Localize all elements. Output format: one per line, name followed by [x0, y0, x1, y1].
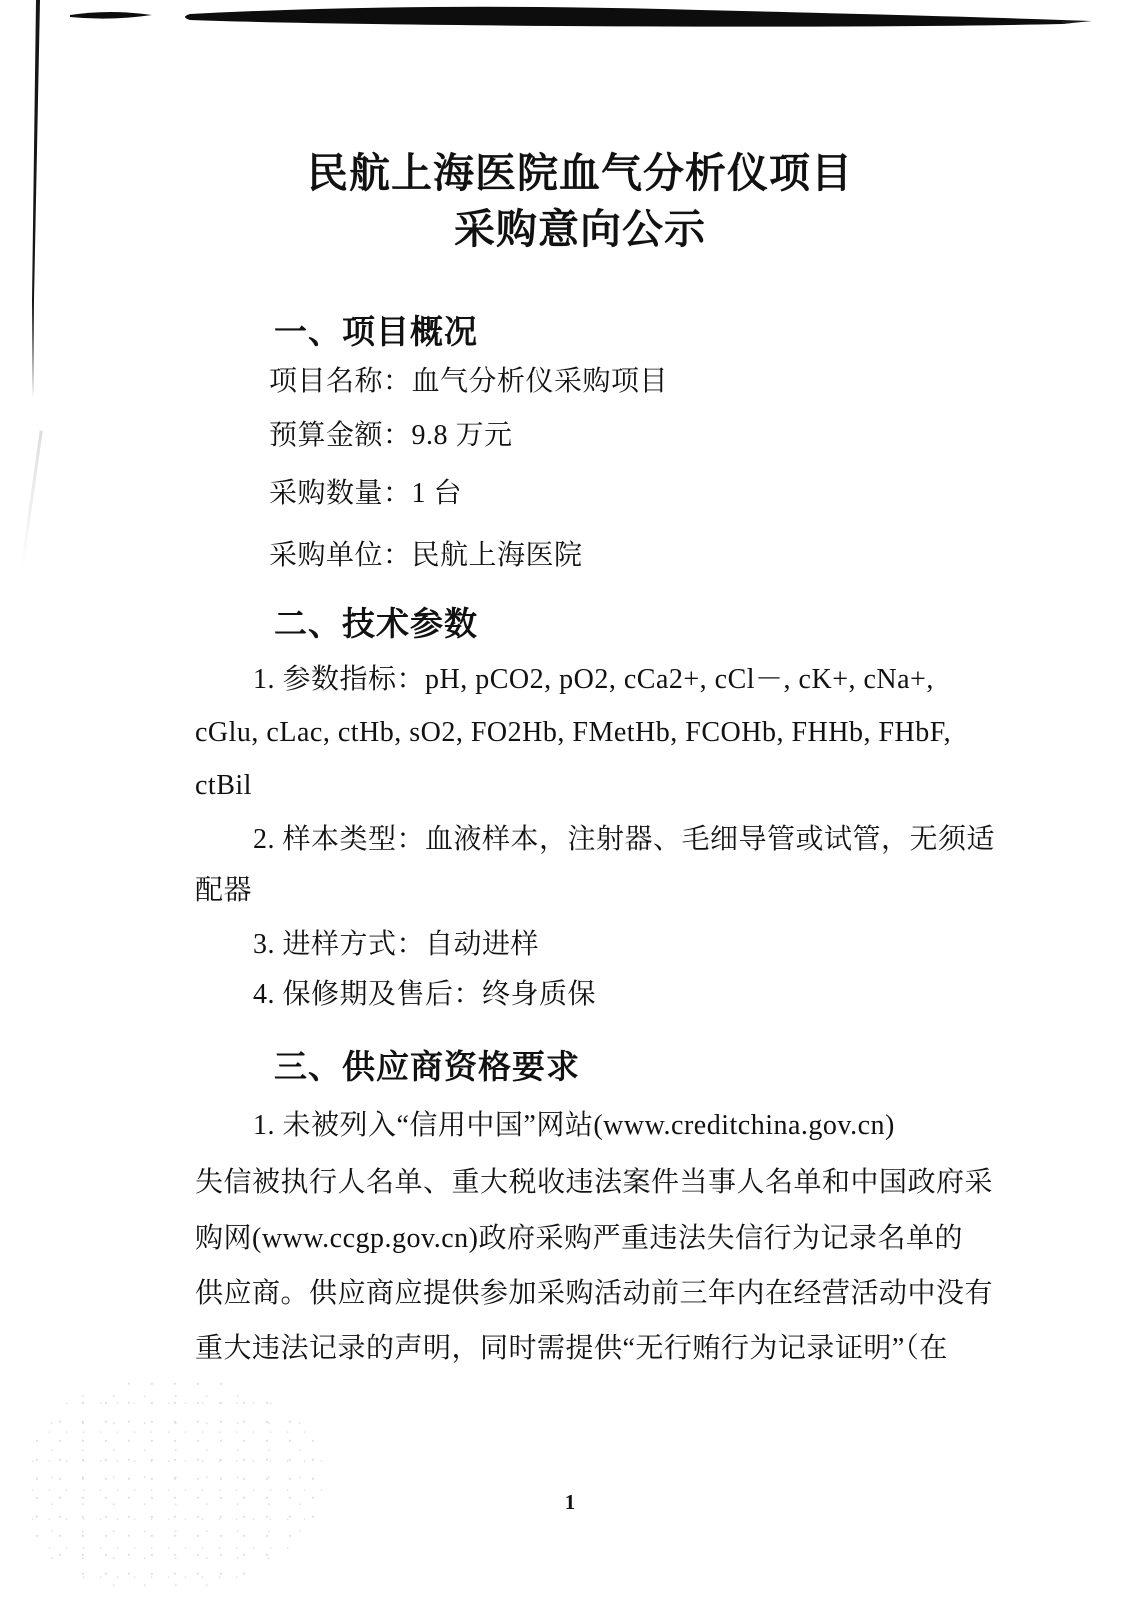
- project-name-line: 项目名称：血气分析仪采购项目: [269, 361, 965, 403]
- supplier-req-line2: 失信被执行人名单、重大税收违法案件当事人名单和中国政府采: [195, 1162, 965, 1204]
- document-content: 民航上海医院血气分析仪项目 采购意向公示 一、项目概况 项目名称：血气分析仪采购…: [195, 0, 965, 1370]
- tech-param2-line2: 配器: [195, 870, 965, 912]
- scan-artifact-scratch: [20, 430, 42, 569]
- section3-heading: 三、供应商资格要求: [274, 1044, 965, 1090]
- supplier-req-line5: 重大违法记录的声明，同时需提供“无行贿行为记录证明”（在: [195, 1328, 965, 1370]
- section1-heading: 一、项目概况: [274, 309, 965, 355]
- document-title-line1: 民航上海医院血气分析仪项目: [195, 0, 965, 201]
- page-number: 1: [0, 1490, 1140, 1515]
- scan-artifact-speckles: [30, 1380, 330, 1590]
- tech-param1-line3: ctBil: [195, 765, 965, 807]
- tech-param4-line: 4. 保修期及售后：终身质保: [195, 974, 965, 1016]
- supplier-req-line3: 购网(www.ccgp.gov.cn)政府采购严重违法失信行为记录名单的: [195, 1218, 965, 1260]
- tech-param1-line1: 1. 参数指标：pH, pCO2, pO2, cCa2+, cCl－, cK+,…: [195, 659, 965, 701]
- tech-param1-line2: cGlu, cLac, ctHb, sO2, FO2Hb, FMetHb, FC…: [195, 712, 965, 754]
- quantity-line: 采购数量：1 台: [269, 473, 965, 515]
- section2-heading: 二、技术参数: [274, 601, 965, 647]
- purchaser-line: 采购单位：民航上海医院: [269, 535, 965, 577]
- scan-artifact-left-line: [0, 0, 60, 420]
- supplier-req-line4: 供应商。供应商应提供参加采购活动前三年内在经营活动中没有: [195, 1273, 965, 1315]
- budget-line: 预算金额：9.8 万元: [269, 415, 965, 457]
- supplier-req-line1: 1. 未被列入“信用中国”网站(www.creditchina.gov.cn): [195, 1105, 965, 1147]
- tech-param3-line: 3. 进样方式：自动进样: [195, 924, 965, 966]
- tech-param2-line1: 2. 样本类型：血液样本，注射器、毛细导管或试管，无须适: [195, 819, 965, 861]
- scanned-document-page: 民航上海医院血气分析仪项目 采购意向公示 一、项目概况 项目名称：血气分析仪采购…: [0, 0, 1140, 1600]
- document-title-line2: 采购意向公示: [195, 201, 965, 257]
